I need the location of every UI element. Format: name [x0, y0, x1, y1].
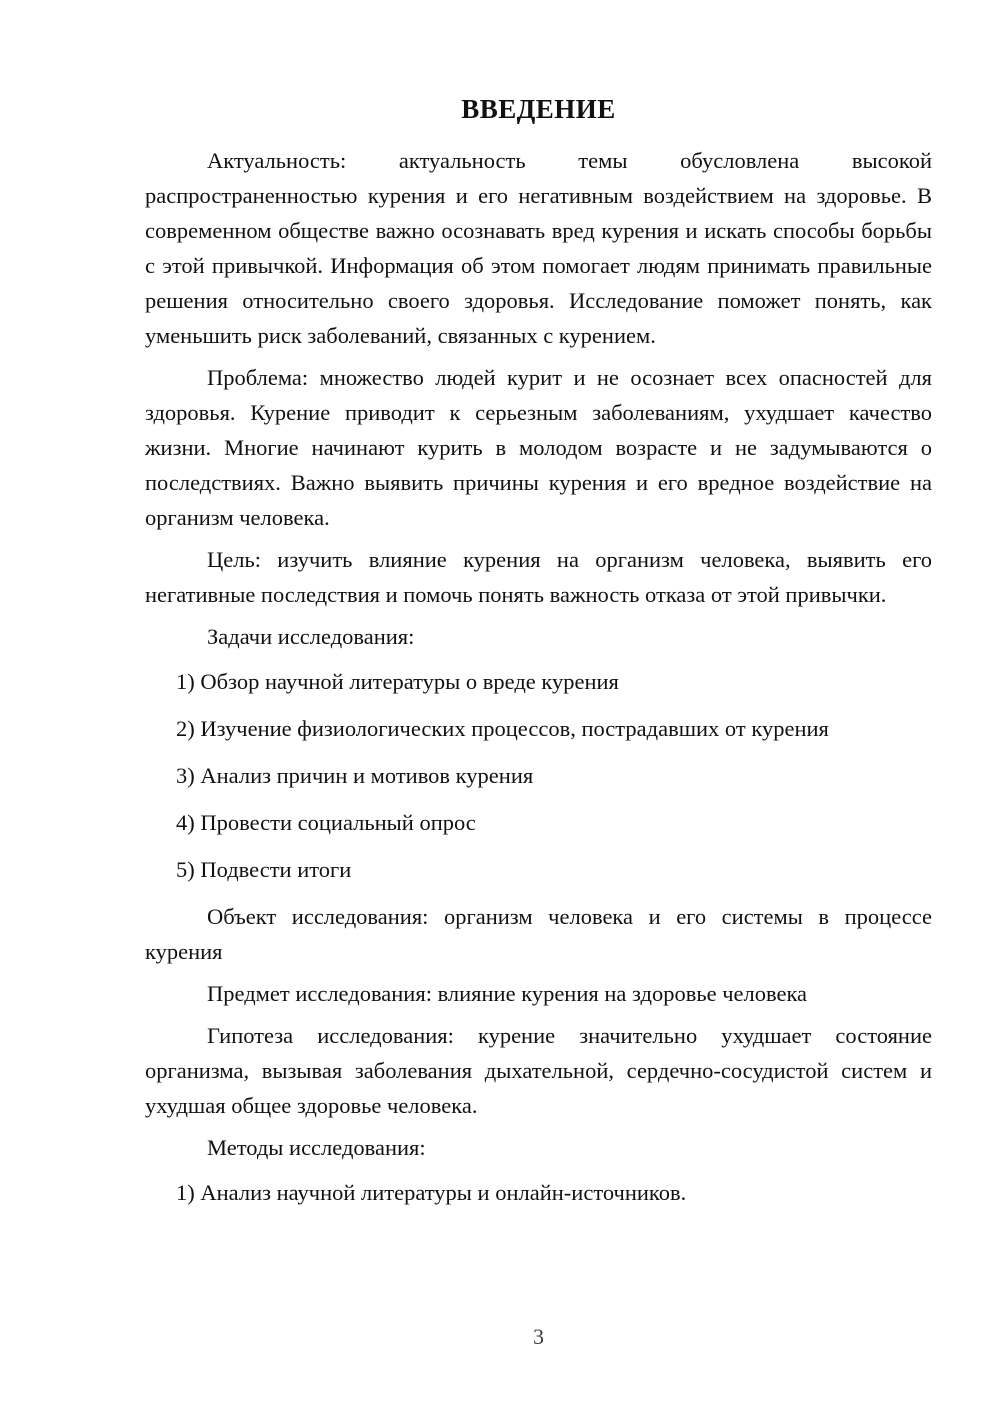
paragraph-aktualnost: Актуальность: актуальность темы обусловл…	[145, 143, 932, 353]
page-title: ВВЕДЕНИЕ	[145, 92, 932, 127]
zadachi-list-item: 4) Провести социальный опрос	[145, 805, 932, 840]
paragraph-obyekt: Объект исследования: организм человека и…	[145, 899, 932, 969]
paragraph-tsel: Цель: изучить влияние курения на организ…	[145, 542, 932, 612]
paragraph-gipoteza: Гипотеза исследования: курение значитель…	[145, 1018, 932, 1123]
page-number: 3	[145, 1322, 932, 1352]
paragraph-predmet: Предмет исследования: влияние курения на…	[145, 976, 932, 1011]
paragraph-problema: Проблема: множество людей курит и не осо…	[145, 360, 932, 535]
metody-section-label: Методы исследования:	[145, 1130, 932, 1165]
page-content: ВВЕДЕНИЕ Актуальность: актуальность темы…	[145, 92, 932, 1222]
zadachi-section-label: Задачи исследования:	[145, 619, 932, 654]
document-page: ВВЕДЕНИЕ Актуальность: актуальность темы…	[0, 0, 1000, 1414]
zadachi-list-item: 2) Изучение физиологических процессов, п…	[145, 711, 932, 746]
metody-list-item: 1) Анализ научной литературы и онлайн-ис…	[145, 1175, 932, 1210]
zadachi-list-item: 3) Анализ причин и мотивов курения	[145, 758, 932, 793]
zadachi-list-item: 1) Обзор научной литературы о вреде куре…	[145, 664, 932, 699]
zadachi-list-item: 5) Подвести итоги	[145, 852, 932, 887]
